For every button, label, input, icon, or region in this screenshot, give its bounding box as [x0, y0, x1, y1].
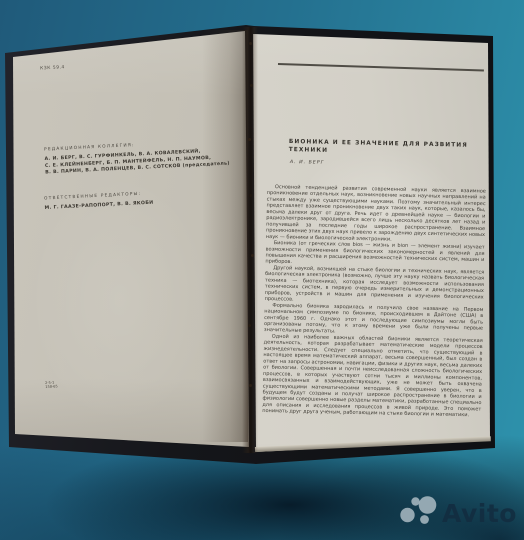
book-gutter — [242, 27, 258, 453]
chapter-author: А. И. БЕРГ — [290, 159, 324, 165]
gutter-tear-marks — [249, 42, 252, 45]
imprint-code: 2-5-1 158-65 — [45, 380, 58, 389]
body-paragraph: Другой наукой, возникшей на стыке биолог… — [265, 265, 485, 307]
body-paragraph: Формально бионика зародилась и получила … — [264, 302, 484, 338]
avito-watermark-text: Avito — [442, 501, 517, 526]
avito-logo-icon — [399, 494, 437, 532]
chapter-body-text: Основной тенденцией развития современной… — [262, 184, 486, 419]
avito-watermark: Avito — [399, 494, 517, 532]
book-photo: КЗК 59.4 РЕДАКЦИОННАЯ КОЛЛЕГИЯ: А. И. БЕ… — [0, 0, 524, 540]
body-paragraph: Основной тенденцией развития современной… — [266, 184, 486, 245]
imprint-code-line: 158-65 — [45, 384, 58, 389]
body-paragraph: Одной из наиболее важных областей бионик… — [262, 333, 483, 419]
